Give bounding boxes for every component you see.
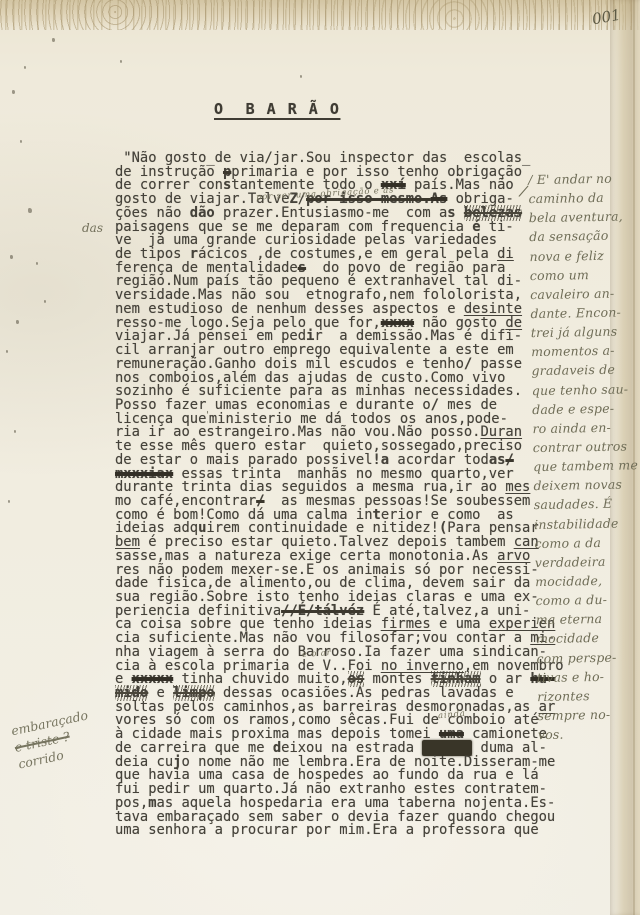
- margin-note-bottom-left: embaraçadoe triste ?corrido: [10, 706, 97, 772]
- paper-speck: [28, 208, 32, 213]
- margin-note-line: saudades. É: [534, 493, 640, 514]
- paper-speck: [36, 262, 38, 265]
- margin-note-line: ma eterna: [536, 608, 640, 629]
- paper-speck: [120, 60, 122, 63]
- margin-note-line: bela aventura,: [529, 206, 640, 227]
- margin-note-line: cavaleiro an-: [530, 283, 640, 304]
- margin-note-line: instabilidade: [534, 512, 640, 533]
- margin-note-line: caminho da: [528, 187, 640, 208]
- margin-note-line: mocidade,: [535, 570, 640, 591]
- paper-speck: [6, 350, 8, 353]
- page-title: O B A R Ã O: [214, 100, 340, 118]
- margin-note-line: verdadeira: [535, 551, 640, 572]
- manuscript-page: { "page": { "number": "001" }, "title": …: [0, 0, 640, 915]
- margin-note-line: mocidade: [536, 627, 640, 648]
- margin-note-line: como a da: [534, 532, 640, 553]
- margin-note-line: gradaveis de: [531, 359, 640, 380]
- paper-speck: [24, 66, 26, 69]
- margin-note-line: sempre no-: [537, 704, 640, 725]
- paper-speck: [10, 255, 13, 259]
- margin-note-line: como a du-: [535, 589, 640, 610]
- margin-note-line: tivas e ho-: [537, 665, 640, 686]
- margin-note-line: como um: [530, 264, 640, 285]
- margin-note-line: com perspe-: [536, 646, 640, 667]
- margin-note-line: contrar outros: [533, 436, 640, 457]
- paper-speck: [20, 140, 22, 143]
- margin-note-line: deixem novas: [533, 474, 640, 495]
- paper-speck: [16, 320, 19, 324]
- margin-note-line: vos.: [538, 723, 640, 744]
- margin-note-line: que tambem me: [533, 455, 640, 476]
- margin-note-das: das: [82, 221, 103, 235]
- margin-note-line: da sensação: [529, 225, 640, 246]
- paper-speck: [52, 38, 55, 42]
- page-number: 001: [591, 6, 622, 29]
- typescript-body: "Não gosto_de via/jar.Sou inspector das …: [115, 152, 564, 838]
- paper-speck: [44, 300, 46, 303]
- interline-correction-line39: e o ar: [302, 648, 332, 660]
- margin-note-line: dante. Encon-: [530, 302, 640, 323]
- paper-speck: [14, 430, 16, 433]
- margin-note-line: dade e espe-: [532, 398, 640, 419]
- margin-note-line: / E' andar no: [528, 168, 640, 189]
- margin-note-line: que tenho sau-: [532, 378, 640, 399]
- paper-speck: [300, 75, 302, 78]
- margin-note-line: nova e feliz: [529, 244, 640, 265]
- paper-speck: [12, 90, 15, 94]
- paper-edge-top: [0, 0, 640, 30]
- margin-note-line: trei já alguns: [531, 321, 640, 342]
- margin-note-line: ro ainda en-: [532, 417, 640, 438]
- margin-note-line: rizontes: [537, 685, 640, 706]
- typescript-line: uma senhora a procurar por mim.Era a pro…: [115, 824, 564, 838]
- margin-note-right: / E' andar nocaminho dabela aventura,da …: [528, 168, 640, 744]
- margin-note-line: momentos a-: [531, 340, 640, 361]
- paper-speck: [8, 500, 10, 503]
